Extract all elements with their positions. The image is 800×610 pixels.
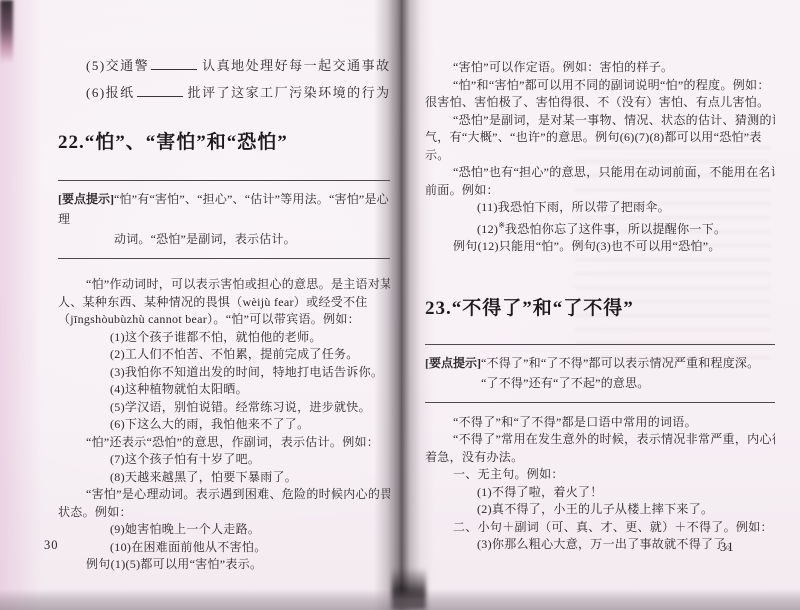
text-line: “恐怕”也有“担心”的意思，只能用在动词前面，不能用在名词: [425, 164, 775, 182]
page-right: “害怕”可以作定语。例如：害怕的样子。“怕”和“害怕”都可以用不同的副词说明“怕…: [425, 0, 775, 610]
key-points-label: [要点提示]: [425, 356, 481, 370]
section-23-number: 23.: [425, 298, 452, 319]
text-line: (1)不得了啦，着火了！: [425, 484, 775, 502]
text-line: (4)这种植物就怕太阳晒。: [58, 381, 390, 399]
text-line: “怕”还表示“恐怕”的意思，作副词，表示估计。例如：: [58, 434, 390, 452]
text-line: (3)我怕你不知道出发的时间，特地打电话告诉你。: [58, 364, 390, 382]
text-line: “怕”和“害怕”都可以用不同的副词说明“怕”的程度。例如：: [425, 77, 775, 95]
top-left-scan-shadow: [0, 0, 13, 62]
text-line: “不得了”和“了不得”都是口语中常用的词语。: [425, 414, 775, 432]
text-line: “害怕”是心理动词。表示遇到困难、危险的时候内心的畏惧: [58, 486, 390, 504]
text-line: 前面。例如：: [425, 182, 775, 200]
text-line: (10)在困难面前他从不害怕。: [58, 539, 390, 557]
book-scan-photo: (5)交通警认真地处理好每一起交通事故。(6)报纸批评了这家工厂污染环境的行为。…: [0, 0, 800, 610]
text-line: 例句(1)(5)都可以用“害怕”表示。: [58, 556, 390, 574]
text-line: （jīngshòubùzhù cannot bear）。“怕”可以带宾语。例如：: [58, 311, 390, 329]
section-22-number: 22.: [58, 132, 85, 153]
text-line: “怕”作动词时，可以表示害怕或担心的意思。是主语对某个: [58, 276, 390, 294]
exercise-text: (6)报纸: [86, 85, 135, 100]
gutter-bottom-shadow: [392, 568, 426, 610]
key-points-line: [要点提示]“怕”有“害怕”、“担心”、“估计”等用法。“害怕”是心理: [58, 189, 390, 229]
text-line: 状态。例如：: [58, 504, 390, 522]
text-line: 着急，没有办法。: [425, 449, 775, 467]
fill-blank-item: (5)交通警认真地处理好每一起交通事故。: [86, 52, 390, 79]
text-line: (2)真不得了，小王的儿子从楼上摔下来了。: [425, 501, 775, 519]
left-page-body-text: “怕”作动词时，可以表示害怕或担心的意思。是主语对某个人、某种东西、某种情况的畏…: [58, 276, 390, 574]
section-22-title: “怕”、“害怕”和“恐怕”: [85, 132, 288, 153]
page-number-left: 30: [44, 538, 59, 553]
key-points-line: 动词。“恐怕”是副词，表示估计。: [58, 229, 390, 249]
answer-blank-underline: [137, 84, 183, 97]
text-line: 示。: [425, 147, 775, 165]
exercise-text: (5)交通警: [86, 58, 149, 73]
fill-blank-exercises: (5)交通警认真地处理好每一起交通事故。(6)报纸批评了这家工厂污染环境的行为。: [58, 52, 390, 106]
left-page-edge-shading: [0, 0, 42, 610]
exercise-text: 批评了这家工厂污染环境的行为。: [188, 85, 390, 100]
key-points-box-23: [要点提示]“不得了”和“了不得”都可以表示情况严重和程度深。 “了不得”还有“…: [425, 344, 775, 403]
answer-blank-underline: [151, 57, 197, 70]
text-line: (5)学汉语，别怕说错。经常练习说，进步就快。: [58, 399, 390, 417]
text-line: 二、小句＋副词（可、真、才、更、就）＋不得了。例如：: [425, 519, 775, 537]
text-line: (12)※我恐怕你忘了这件事，所以提醒你一下。: [425, 217, 775, 239]
text-line: “害怕”可以作定语。例如：害怕的样子。: [425, 59, 775, 77]
right-page-body-text-top: “害怕”可以作定语。例如：害怕的样子。“怕”和“害怕”都可以用不同的副词说明“怕…: [425, 59, 775, 256]
text-line: 例句(12)只能用“怕”。例句(3)也不可以用“恐怕”。: [425, 238, 775, 256]
key-points-line: [要点提示]“不得了”和“了不得”都可以表示情况严重和程度深。: [425, 353, 775, 373]
fill-blank-item: (6)报纸批评了这家工厂污染环境的行为。: [86, 79, 390, 106]
text-line: “恐怕”是副词，是对某一事物、情况、状态的估计、猜测的语: [425, 112, 775, 130]
text-line: 气，有“大概”、“也许”的意思。例句(6)(7)(8)都可以用“恐怕”表: [425, 129, 775, 147]
key-points-label: [要点提示]: [58, 192, 114, 206]
text-line: 很害怕、害怕极了、害怕得很、不（没有）害怕、有点儿害怕。: [425, 94, 775, 112]
text-line: “不得了”常用在发生意外的时候，表示情况非常严重，内心很: [425, 431, 775, 449]
footnote-asterisk-mark: ※: [498, 221, 505, 230]
text-line: (1)这个孩子谁都不怕，就怕他的老师。: [58, 329, 390, 347]
section-23-title: “不得了”和“了不得”: [452, 298, 634, 319]
text-line: 一、无主句。例如：: [425, 466, 775, 484]
page-number-right: 31: [720, 540, 735, 555]
text-line: (8)天越来越黑了，怕要下暴雨了。: [58, 469, 390, 487]
key-points-line: “了不得”还有“了不起”的意思。: [425, 373, 775, 393]
text-line: (2)工人们不怕苦、不怕累，提前完成了任务。: [58, 346, 390, 364]
text-line: (7)这个孩子怕有十岁了吧。: [58, 451, 390, 469]
exercise-text: 认真地处理好每一起交通事故。: [202, 58, 390, 73]
right-page-body-text-bottom: “不得了”和“了不得”都是口语中常用的词语。“不得了”常用在发生意外的时候，表示…: [425, 414, 775, 554]
text-line: (6)下这么大的雨，我怕他来不了了。: [58, 416, 390, 434]
section-22-heading: 22.“怕”、“害怕”和“恐怕”: [58, 127, 390, 154]
text-line: (11)我恐怕下雨，所以带了把雨伞。: [425, 199, 775, 217]
text-line: 人、某种东西、某种情况的畏惧（wèijù fear）或经受不住: [58, 294, 390, 312]
section-23-heading: 23.“不得了”和“了不得”: [425, 293, 775, 320]
page-left: (5)交通警认真地处理好每一起交通事故。(6)报纸批评了这家工厂污染环境的行为。…: [58, 0, 390, 610]
key-points-box-22: [要点提示]“怕”有“害怕”、“担心”、“估计”等用法。“害怕”是心理 动词。“…: [58, 180, 390, 259]
text-line: (9)她害怕晚上一个人走路。: [58, 521, 390, 539]
key-points-text: “不得了”和“了不得”都可以表示情况严重和程度深。: [481, 356, 759, 370]
